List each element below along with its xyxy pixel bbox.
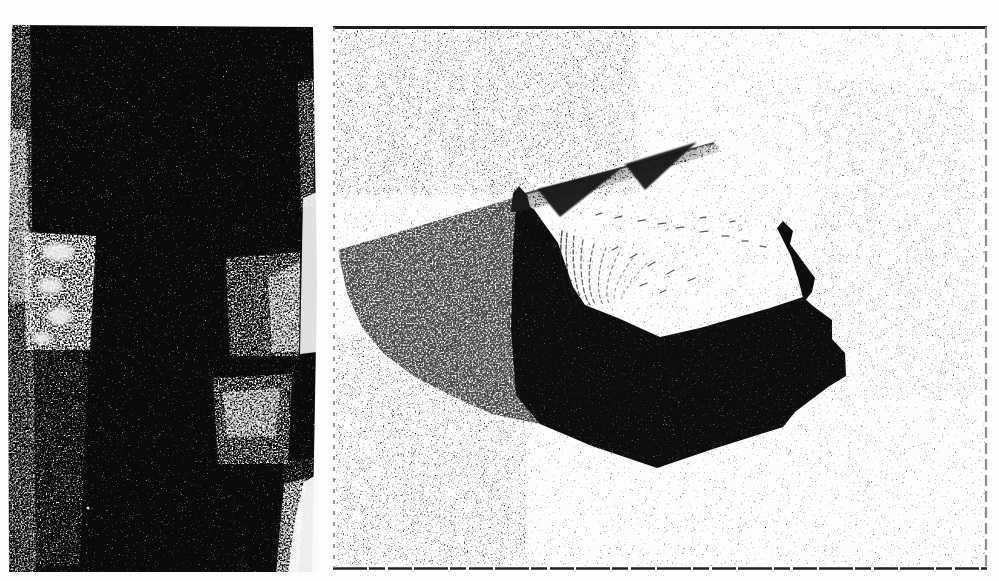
scanned-figure <box>0 0 999 581</box>
photo-grain <box>8 25 317 572</box>
grain-top-left <box>336 30 636 195</box>
surface-rendering-panel <box>333 26 987 569</box>
dark-photograph-panel <box>8 25 318 573</box>
panel-border-top <box>333 26 987 29</box>
white-speck <box>87 507 90 510</box>
figure-canvas <box>0 0 999 581</box>
